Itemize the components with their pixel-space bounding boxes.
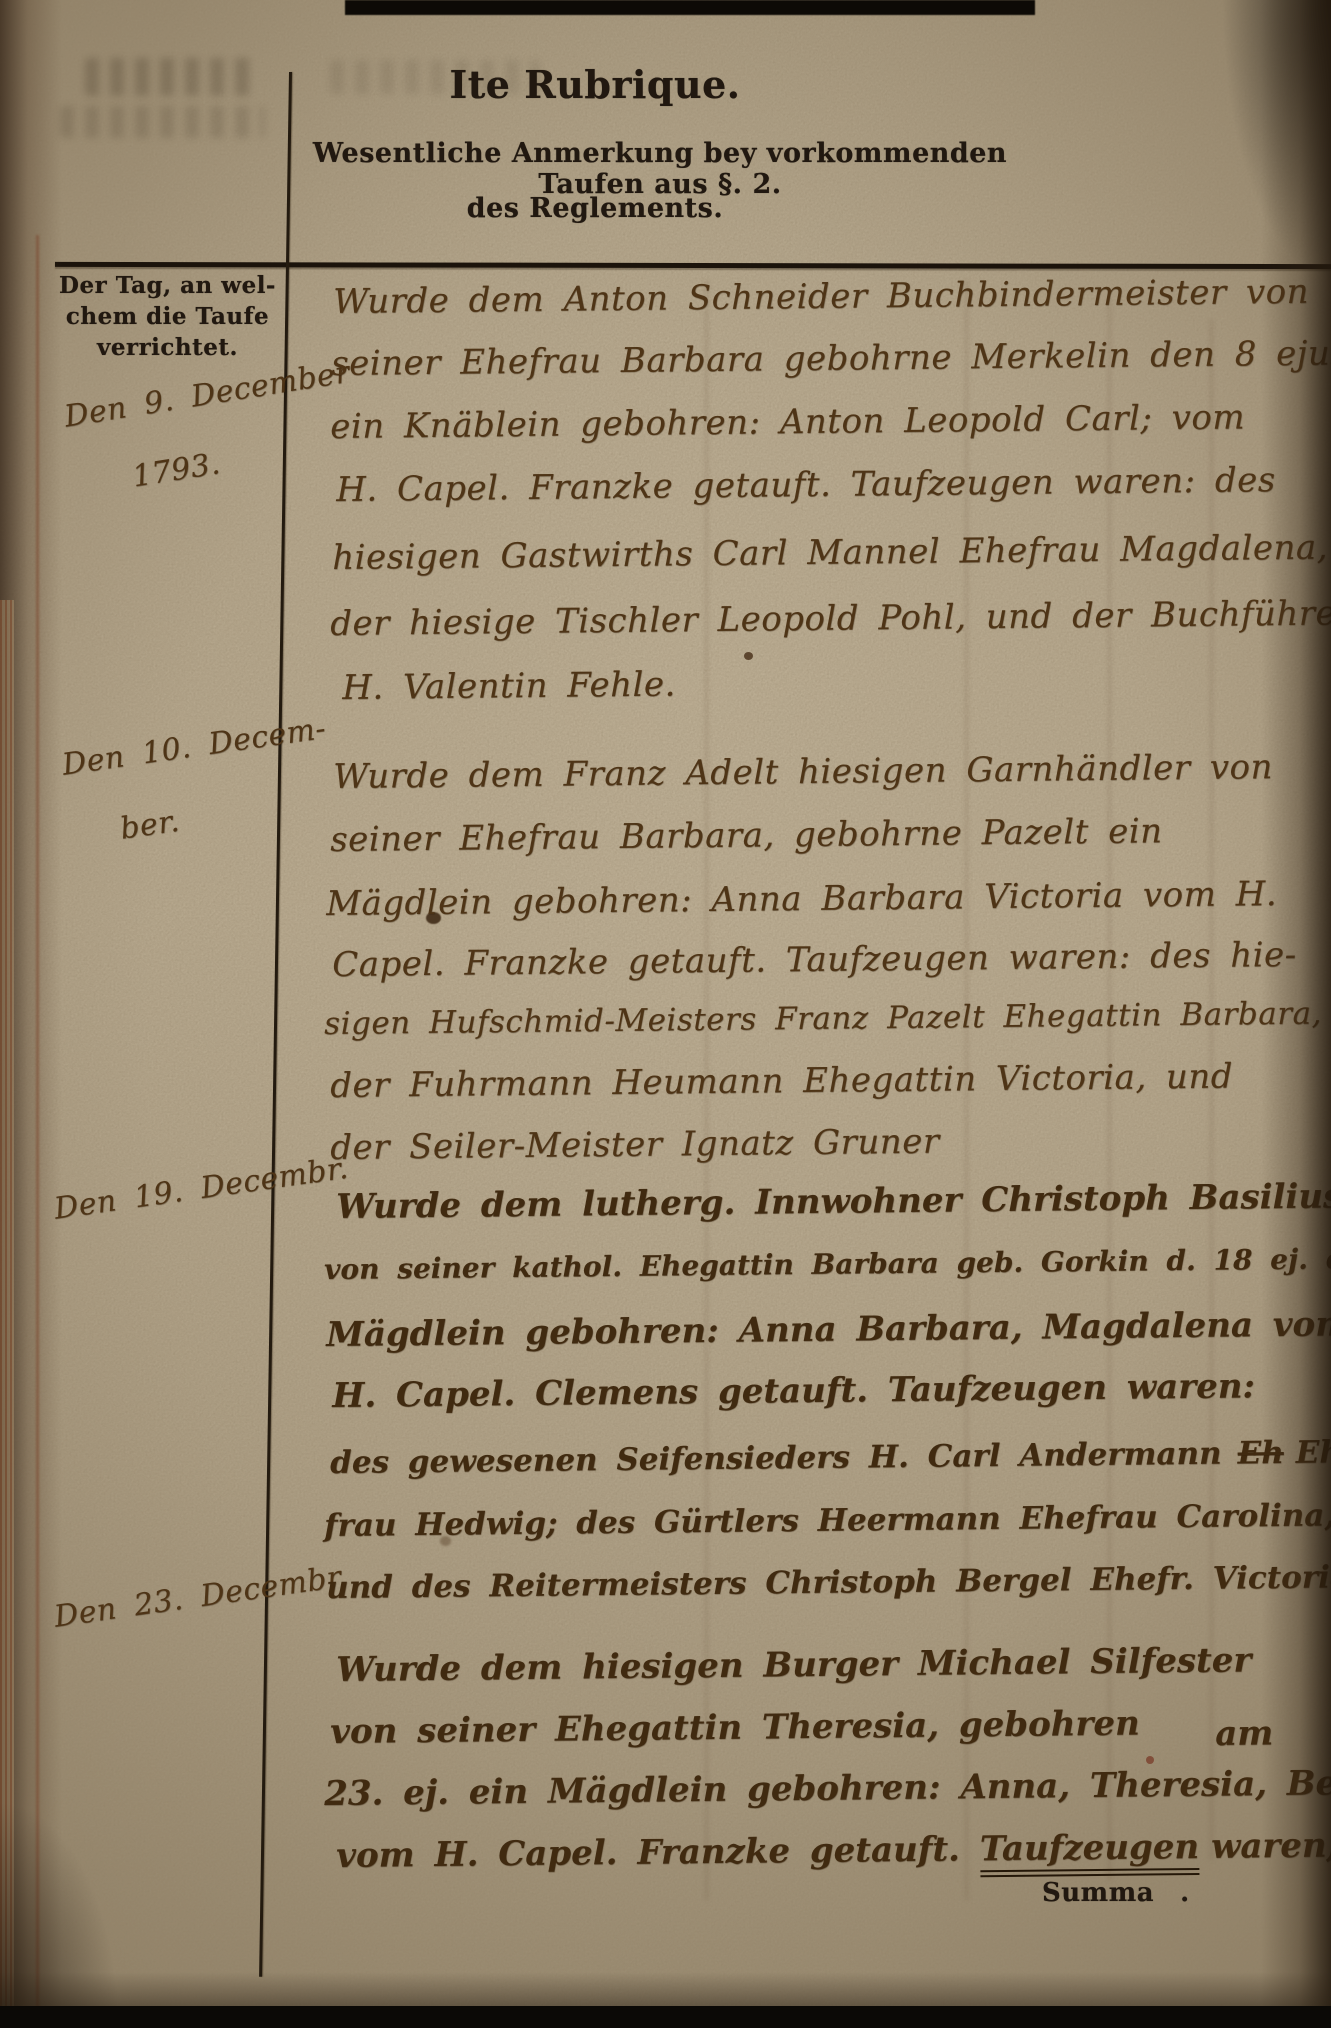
baptism-register-page: Ite Rubrique. Wesentliche Anmerkung bey …	[0, 0, 1331, 2028]
bleed-through-smudge	[60, 106, 265, 138]
ink-blot	[1146, 1756, 1154, 1764]
record-line: H. Valentin Fehle.	[342, 665, 676, 708]
bleed-through-smudge	[85, 58, 255, 96]
scan-top-edge	[345, 0, 1035, 15]
date-column-header-line1: Der Tag, an wel-	[55, 272, 280, 299]
ink-blot	[744, 652, 753, 660]
stacked-pages-edge	[0, 600, 14, 2008]
page-edge-line	[36, 235, 39, 2015]
scan-bottom-edge	[0, 2006, 1331, 2028]
rubric-subtitle-line2: des Reglements.	[420, 193, 770, 224]
date-column-header-line2: chem die Taufe	[55, 303, 280, 330]
record-line: der Seiler-Meister Ignatz Gruner	[330, 1122, 940, 1168]
underlined-word: Taufzeugen	[980, 1827, 1200, 1877]
rubric-subtitle-line1: Wesentliche Anmerkung bey vorkommenden T…	[255, 138, 1065, 200]
page-right-edge-shadow	[1261, 0, 1331, 2028]
summa-text: Summa	[1042, 1878, 1154, 1908]
record-line-text: vom H. Capel. Franzke getauft.	[336, 1829, 960, 1876]
date-column-header-line3: verrichtet.	[55, 334, 280, 361]
rubric-title: Ite Rubrique.	[420, 62, 770, 107]
record-line: von seiner Ehegattin Theresia, gebohren	[330, 1704, 1140, 1752]
summa-label: Summa.	[1042, 1878, 1190, 1908]
summa-period: .	[1180, 1878, 1190, 1908]
